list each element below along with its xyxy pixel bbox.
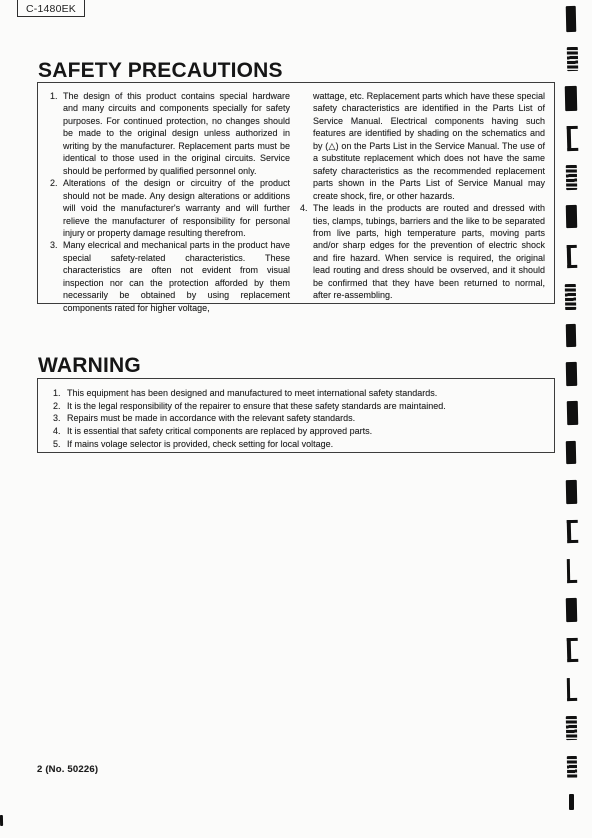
item-text: Repairs must be made in accordance with …: [67, 413, 355, 423]
item-text: wattage, etc. Replacement parts which ha…: [313, 91, 545, 201]
safety-column-2: wattage, etc. Replacement parts which ha…: [300, 90, 545, 297]
binding-mark: [566, 362, 578, 386]
item-text: Alterations of the design or circuitry o…: [63, 178, 290, 238]
item-number: 4.: [53, 425, 61, 438]
safety-item-3: 3. Many elecrical and mechanical parts i…: [50, 239, 290, 314]
item-number: 3.: [50, 239, 58, 251]
warning-item-2: 2. It is the legal responsibility of the…: [53, 400, 544, 413]
binding-mark: [567, 678, 577, 701]
safety-precautions-box: 1. The design of this product contains s…: [37, 82, 555, 304]
page-number: 2 (No. 50226): [37, 764, 98, 775]
model-number: C-1480EK: [26, 3, 76, 16]
binding-mark: [566, 324, 576, 347]
binding-mark: [567, 126, 579, 151]
binding-mark: [569, 794, 574, 810]
binding-mark: [566, 6, 577, 32]
warning-title: WARNING: [38, 354, 141, 378]
item-number: 5.: [53, 438, 61, 451]
binding-mark: [565, 86, 578, 111]
item-text: The design of this product contains spec…: [63, 91, 290, 176]
warning-item-3: 3. Repairs must be made in accordance wi…: [53, 412, 544, 425]
binding-mark: [566, 598, 578, 622]
warning-item-4: 4. It is essential that safety critical …: [53, 425, 544, 438]
scanned-manual-page: C-1480EK SAFETY PRECAUTIONS 1. The desig…: [0, 0, 592, 838]
binding-mark: [567, 559, 577, 583]
binding-mark: [566, 441, 576, 464]
item-number: 1.: [50, 90, 58, 102]
item-text: It is essential that safety critical com…: [67, 426, 372, 436]
binding-mark: [567, 756, 577, 778]
binding-mark: [567, 401, 579, 425]
item-number: 2.: [53, 400, 61, 413]
binding-mark: [565, 284, 576, 310]
safety-column-1: 1. The design of this product contains s…: [50, 90, 290, 297]
safety-precautions-title: SAFETY PRECAUTIONS: [38, 59, 283, 83]
warning-box: 1. This equipment has been designed and …: [37, 378, 555, 453]
binding-mark: [566, 205, 577, 228]
binding-mark: [567, 47, 578, 71]
binding-mark: [566, 165, 577, 190]
item-number: 3.: [53, 412, 61, 425]
safety-item-1: 1. The design of this product contains s…: [50, 90, 290, 177]
safety-item-4: 4. The leads in the products are routed …: [300, 202, 545, 302]
binding-mark: [566, 480, 578, 504]
item-text: If mains volage selector is provided, ch…: [67, 439, 333, 449]
item-text: Many elecrical and mechanical parts in t…: [63, 240, 290, 312]
binding-mark: [567, 245, 578, 268]
binding-mark: [567, 638, 579, 662]
item-number: 2.: [50, 177, 58, 189]
item-number: 1.: [53, 387, 61, 400]
item-text: This equipment has been designed and man…: [67, 388, 437, 398]
item-text: It is the legal responsibility of the re…: [67, 401, 446, 411]
model-number-box: C-1480EK: [17, 0, 85, 17]
safety-item-2: 2. Alterations of the design or circuitr…: [50, 177, 290, 239]
warning-item-5: 5. If mains volage selector is provided,…: [53, 438, 544, 451]
warning-item-1: 1. This equipment has been designed and …: [53, 387, 544, 400]
binding-mark: [0, 815, 3, 826]
item-text: The leads in the products are routed and…: [313, 203, 545, 300]
safety-item-3-continued: wattage, etc. Replacement parts which ha…: [300, 90, 545, 202]
item-number: 4.: [300, 202, 308, 214]
binding-mark: [566, 716, 577, 740]
binding-mark: [567, 520, 579, 543]
